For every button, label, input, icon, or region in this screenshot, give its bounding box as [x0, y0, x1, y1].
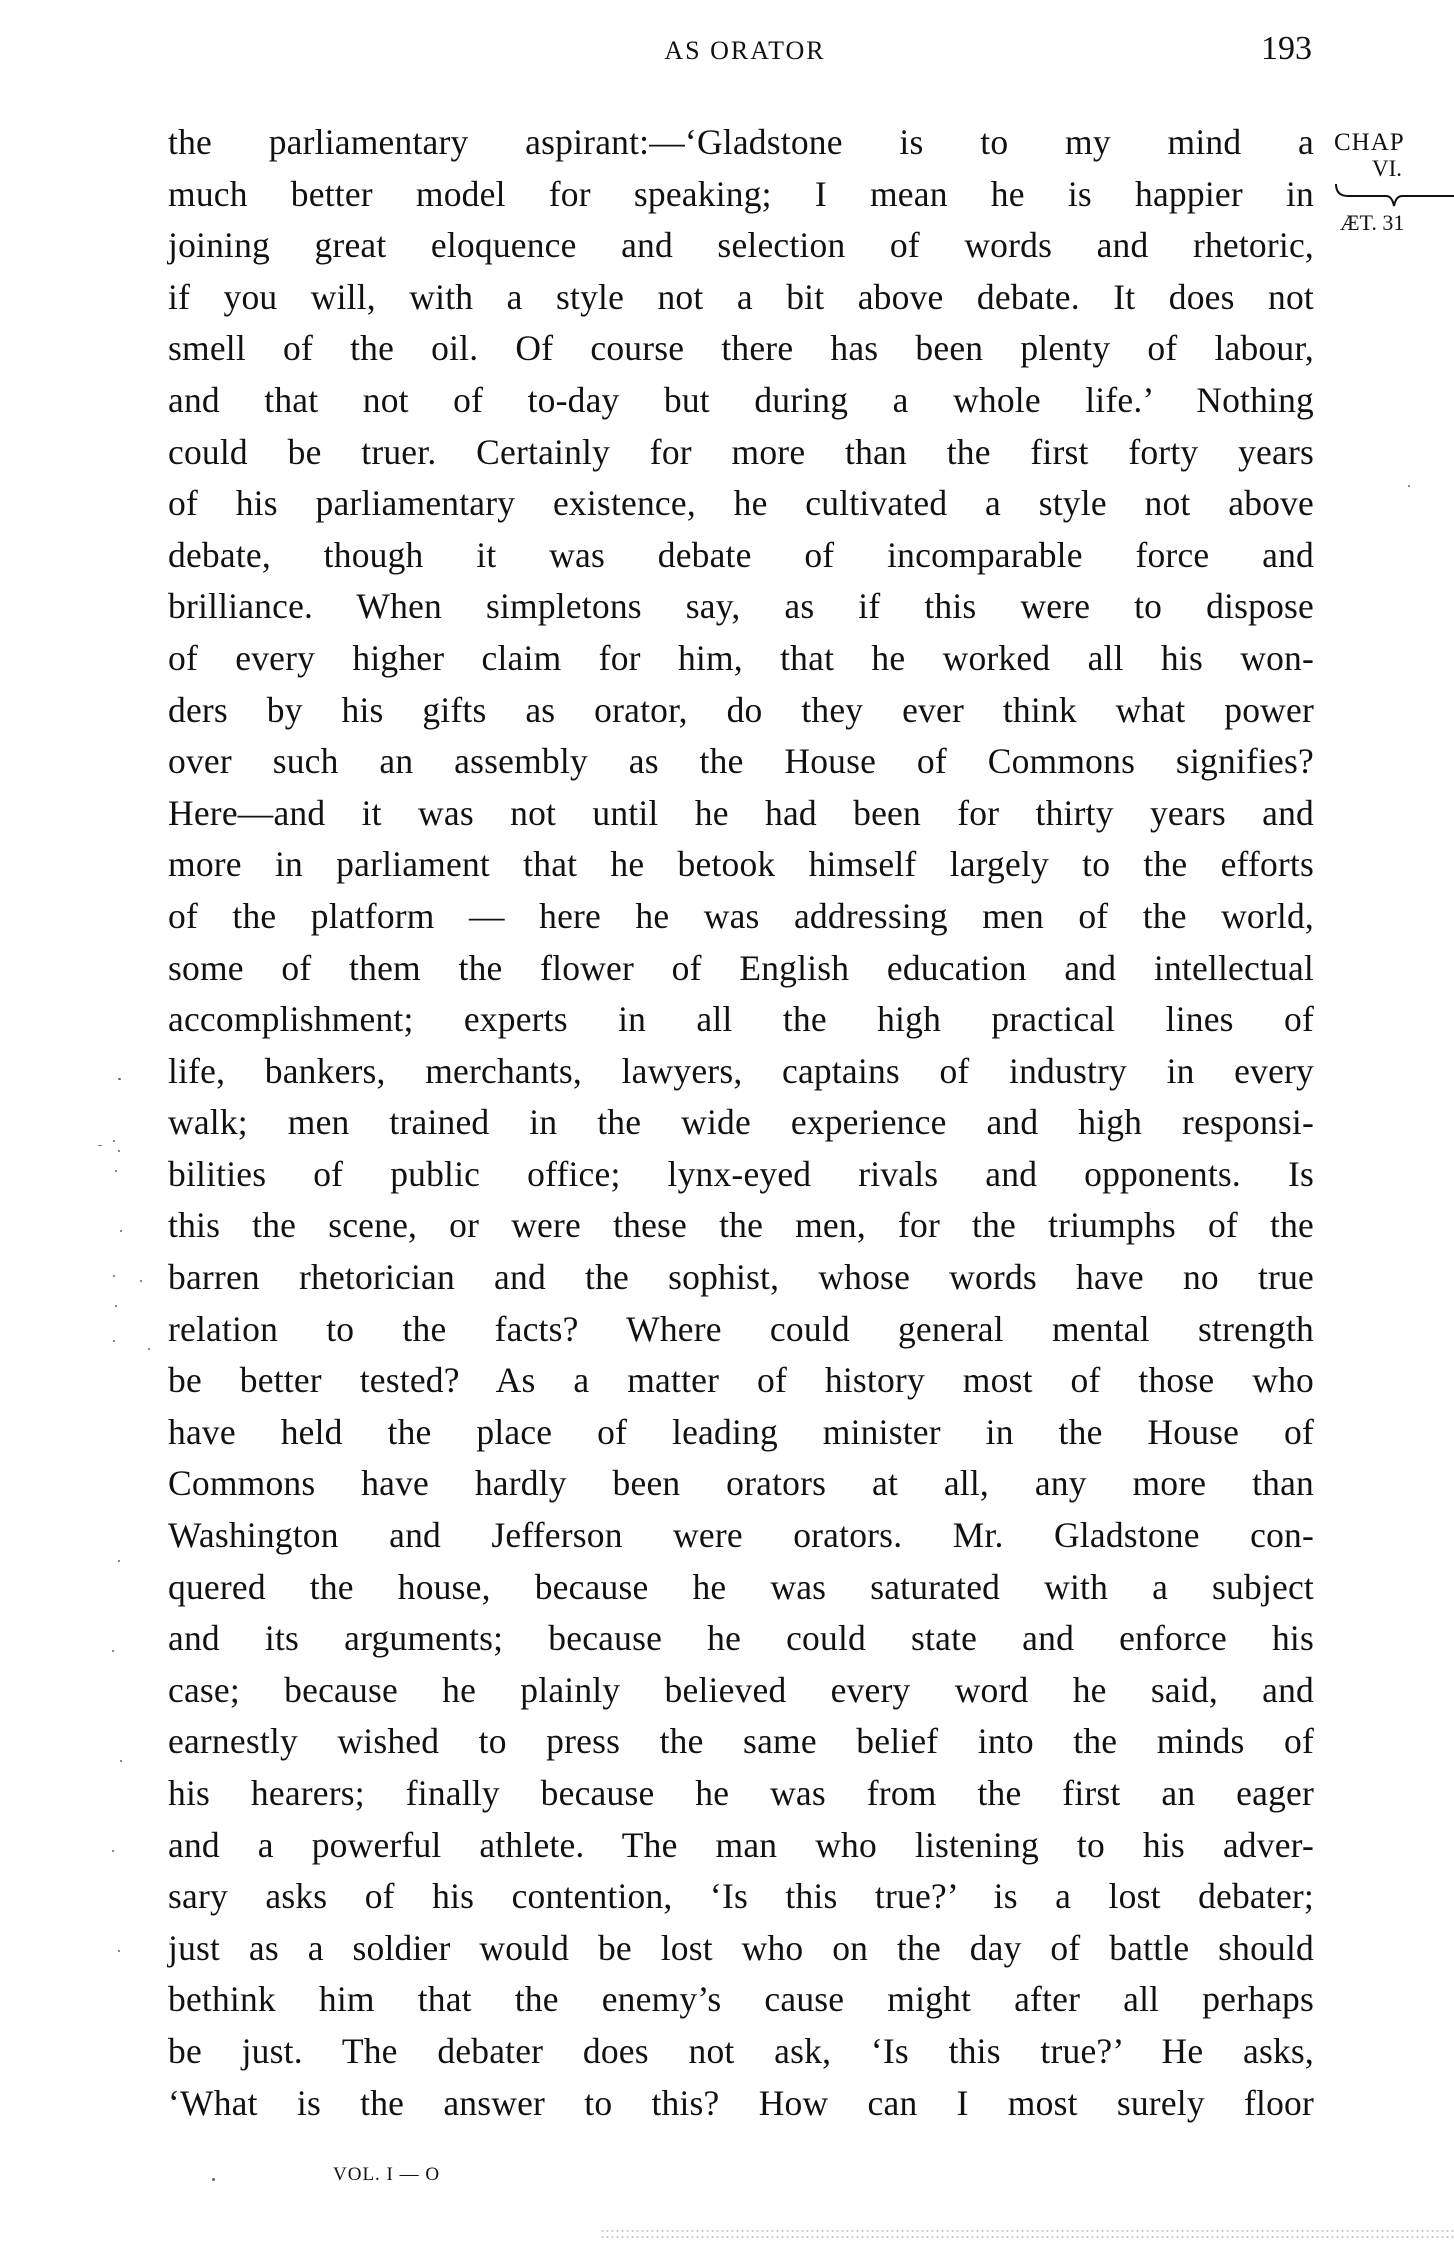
- text-line: his hearers; finally because he was from…: [168, 1768, 1314, 1820]
- text-line: be just. The debater does not ask, ‘Is t…: [168, 2026, 1314, 2078]
- text-line: life, bankers, merchants, lawyers, capta…: [168, 1046, 1314, 1098]
- text-line: relation to the facts? Where could gener…: [168, 1304, 1314, 1356]
- running-head: AS ORATOR 193: [0, 28, 1454, 78]
- text-line: Here—and it was not until he had been fo…: [168, 788, 1314, 840]
- text-line: quered the house, because he was saturat…: [168, 1562, 1314, 1614]
- text-line: sary asks of his contention, ‘Is this tr…: [168, 1871, 1314, 1923]
- page-number: 193: [1261, 30, 1312, 68]
- text-line: and its arguments; because he could stat…: [168, 1613, 1314, 1665]
- text-line: the parliamentary aspirant:—‘Gladstone i…: [168, 117, 1314, 169]
- text-line: accomplishment; experts in all the high …: [168, 994, 1314, 1046]
- margin-sidenote: CHAP VI. ÆT. 31: [1334, 128, 1454, 238]
- text-line: joining great eloquence and selection of…: [168, 220, 1314, 272]
- text-line: if you will, with a style not a bit abov…: [168, 272, 1314, 324]
- text-line: smell of the oil. Of course there has be…: [168, 323, 1314, 375]
- text-line: have held the place of leading minister …: [168, 1407, 1314, 1459]
- text-line: walk; men trained in the wide experience…: [168, 1097, 1314, 1149]
- chapter-number: VI.: [1334, 158, 1454, 180]
- text-line: of the platform — here he was addressing…: [168, 891, 1314, 943]
- text-line: some of them the flower of English educa…: [168, 943, 1314, 995]
- age-label: ÆT. 31: [1334, 208, 1454, 238]
- text-line: more in parliament that he betook himsel…: [168, 839, 1314, 891]
- signature-mark: VOL. I — O: [333, 2164, 440, 2186]
- text-line: ‘What is the answer to this? How can I m…: [168, 2078, 1314, 2130]
- text-line: brilliance. When simpletons say, as if t…: [168, 581, 1314, 633]
- text-line: ders by his gifts as orator, do they eve…: [168, 685, 1314, 737]
- text-line: Commons have hardly been orators at all,…: [168, 1458, 1314, 1510]
- text-line: over such an assembly as the House of Co…: [168, 736, 1314, 788]
- text-line: much better model for speaking; I mean h…: [168, 169, 1314, 221]
- text-line: bilities of public office; lynx-eyed riv…: [168, 1149, 1314, 1201]
- text-line: case; because he plainly believed every …: [168, 1665, 1314, 1717]
- text-line: could be truer. Certainly for more than …: [168, 427, 1314, 479]
- brace-icon: [1334, 182, 1454, 210]
- text-line: just as a soldier would be lost who on t…: [168, 1923, 1314, 1975]
- text-line: bethink him that the enemy’s cause might…: [168, 1974, 1314, 2026]
- text-line: earnestly wished to press the same belie…: [168, 1716, 1314, 1768]
- text-line: barren rhetorician and the sophist, whos…: [168, 1252, 1314, 1304]
- text-line: of his parliamentary existence, he culti…: [168, 478, 1314, 530]
- text-line: be better tested? As a matter of history…: [168, 1355, 1314, 1407]
- text-line: and a powerful athlete. The man who list…: [168, 1820, 1314, 1872]
- text-line: debate, though it was debate of incompar…: [168, 530, 1314, 582]
- text-line: Washington and Jefferson were orators. M…: [168, 1510, 1314, 1562]
- text-line: and that not of to-day but during a whol…: [168, 375, 1314, 427]
- text-line: of every higher claim for him, that he w…: [168, 633, 1314, 685]
- body-text: the parliamentary aspirant:—‘Gladstone i…: [168, 117, 1314, 2129]
- chapter-label: CHAP: [1334, 128, 1454, 158]
- running-title: AS ORATOR: [0, 36, 1454, 66]
- text-line: this the scene, or were these the men, f…: [168, 1200, 1314, 1252]
